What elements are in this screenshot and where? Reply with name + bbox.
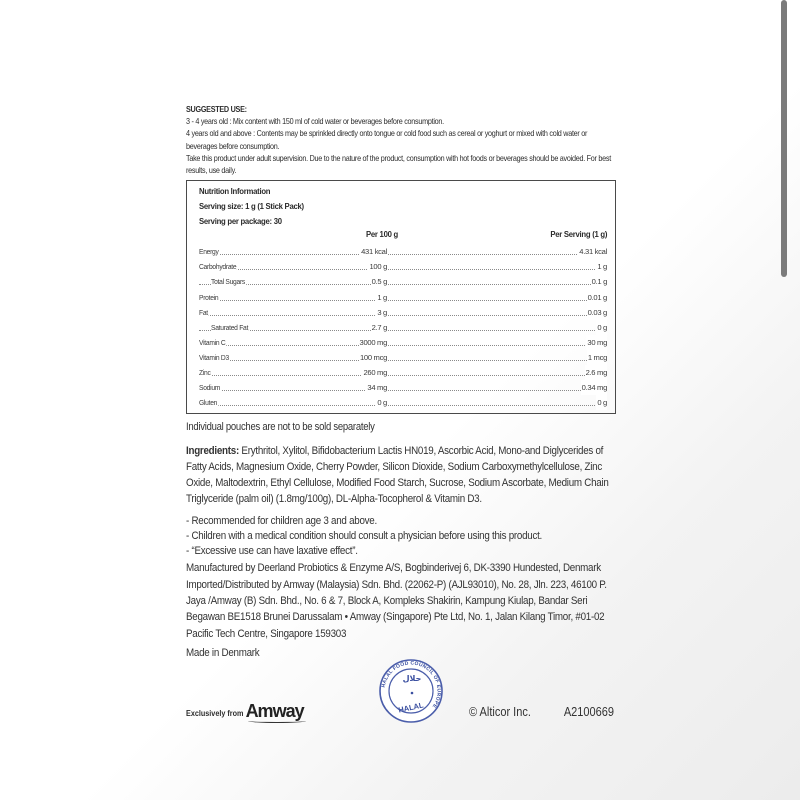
value-per-100g: 3 g	[376, 305, 388, 320]
document-viewer: SUGGESTED USE: 3 - 4 years old : Mix con…	[0, 0, 800, 800]
value-per-serving: 2.6 mg	[585, 365, 607, 380]
nutrient-name: Vitamin C	[199, 335, 226, 350]
value-per-100g: 100 mcg	[359, 350, 388, 365]
nutrient-name: Fat	[199, 305, 209, 320]
value-per-serving: 4.31 kcal	[578, 244, 607, 259]
value-per-serving: 1 g	[596, 259, 607, 274]
nutrient-name: Carbohydrate	[199, 259, 237, 274]
warnings-list: - Recommended for children age 3 and abo…	[186, 514, 623, 559]
leader-dots	[199, 345, 607, 346]
value-per-100g: 3000 mg	[359, 335, 388, 350]
value-per-100g: 260 mg	[362, 365, 388, 380]
serving-size: Serving size: 1 g (1 Stick Pack)	[199, 199, 566, 214]
amway-logo: Amway	[246, 702, 304, 720]
value-per-serving: 0.34 mg	[581, 380, 607, 395]
value-per-serving: 0.03 g	[587, 305, 607, 320]
value-per-100g: 2.7 g	[371, 320, 388, 335]
not-sold-separately-note: Individual pouches are not to be sold se…	[186, 419, 566, 435]
column-per-serving: Per Serving (1 g)	[550, 229, 607, 239]
label-footer: Exclusively from Amway © Alticor Inc. A2…	[186, 700, 618, 730]
exclusive-from: Exclusively from Amway	[186, 702, 304, 720]
nutrient-name: Vitamin D3	[199, 350, 230, 365]
nutrition-column-headers: Per 100 g Per Serving (1 g)	[199, 229, 607, 244]
leader-dots	[199, 254, 607, 255]
warning-item: - Recommended for children age 3 and abo…	[186, 514, 623, 529]
suggested-use-line: 4 years old and above : Contents may be …	[186, 128, 617, 152]
leader-dots	[199, 315, 607, 316]
value-per-serving: 0.01 g	[587, 290, 607, 305]
nutrition-row: Gluten0 g0 g	[199, 395, 607, 410]
value-per-100g: 0.5 g	[371, 274, 388, 289]
nutrition-row: Zinc260 mg2.6 mg	[199, 365, 607, 380]
ingredients-section: Ingredients: Erythritol, Xylitol, Bifido…	[186, 443, 623, 507]
value-per-100g: 0 g	[376, 395, 388, 410]
value-per-serving: 0.1 g	[591, 274, 607, 289]
scrollbar-thumb[interactable]	[781, 0, 787, 277]
nutrition-row: Vitamin C3000 mg30 mg	[199, 335, 607, 350]
nutrition-row: Carbohydrate100 g1 g	[199, 259, 607, 274]
nutrition-row: Saturated Fat2.7 g0 g	[199, 320, 607, 335]
leader-dots	[199, 330, 607, 331]
nutrient-name: Sodium	[199, 380, 221, 395]
value-per-serving: 1 mcg	[587, 350, 607, 365]
nutrition-table: Nutrition Information Serving size: 1 g …	[186, 180, 616, 414]
manufacturer-info: Manufactured by Deerland Probiotics & En…	[186, 560, 623, 642]
nutrition-title: Nutrition Information	[199, 184, 566, 199]
leader-dots	[199, 300, 607, 301]
made-in: Made in Denmark	[186, 645, 558, 661]
leader-dots	[199, 284, 607, 285]
value-per-100g: 1 g	[376, 290, 388, 305]
warning-item: - Children with a medical condition shou…	[186, 529, 623, 544]
value-per-serving: 30 mg	[586, 335, 607, 350]
leader-dots	[199, 375, 607, 376]
svg-text:حلال: حلال	[403, 674, 422, 683]
nutrition-row: Protein1 g0.01 g	[199, 290, 607, 305]
value-per-serving: 0 g	[596, 395, 607, 410]
value-per-100g: 100 g	[368, 259, 388, 274]
leader-dots	[199, 269, 607, 270]
ingredients-heading: Ingredients:	[186, 445, 239, 457]
product-label: SUGGESTED USE: 3 - 4 years old : Mix con…	[186, 104, 618, 661]
nutrition-row: Sodium34 mg0.34 mg	[199, 380, 607, 395]
value-per-serving: 0 g	[596, 320, 607, 335]
value-per-100g: 431 kcal	[360, 244, 388, 259]
nutrient-name: Total Sugars	[211, 274, 246, 289]
leader-dots	[199, 405, 607, 406]
nutrition-row: Total Sugars0.5 g0.1 g	[199, 274, 607, 289]
ingredients-text: Erythritol, Xylitol, Bifidobacterium Lac…	[186, 445, 609, 505]
exclusive-text: Exclusively from	[186, 708, 243, 718]
product-code: A2100669	[564, 705, 614, 719]
nutrient-name: Protein	[199, 290, 219, 305]
copyright: © Alticor Inc.	[469, 705, 531, 719]
nutrition-rows: Energy431 kcal4.31 kcalCarbohydrate100 g…	[199, 244, 607, 410]
leader-dots	[199, 360, 607, 361]
column-per-100g: Per 100 g	[366, 229, 398, 239]
warning-item: - “Excessive use can have laxative effec…	[186, 544, 623, 559]
nutrient-name: Energy	[199, 244, 219, 259]
servings-per-package: Serving per package: 30	[199, 214, 566, 229]
nutrition-row: Fat3 g0.03 g	[199, 305, 607, 320]
suggested-use-line: Take this product under adult supervisio…	[186, 153, 617, 177]
value-per-100g: 34 mg	[366, 380, 388, 395]
suggested-use-heading: SUGGESTED USE:	[186, 104, 617, 116]
nutrient-name: Gluten	[199, 395, 218, 410]
nutrient-name: Saturated Fat	[211, 320, 249, 335]
leader-dots	[199, 390, 607, 391]
suggested-use-line: 3 - 4 years old : Mix content with 150 m…	[186, 116, 617, 128]
nutrition-row: Energy431 kcal4.31 kcal	[199, 244, 607, 259]
nutrition-row: Vitamin D3100 mcg1 mcg	[199, 350, 607, 365]
suggested-use-section: SUGGESTED USE: 3 - 4 years old : Mix con…	[186, 104, 617, 177]
nutrient-name: Zinc	[199, 365, 211, 380]
